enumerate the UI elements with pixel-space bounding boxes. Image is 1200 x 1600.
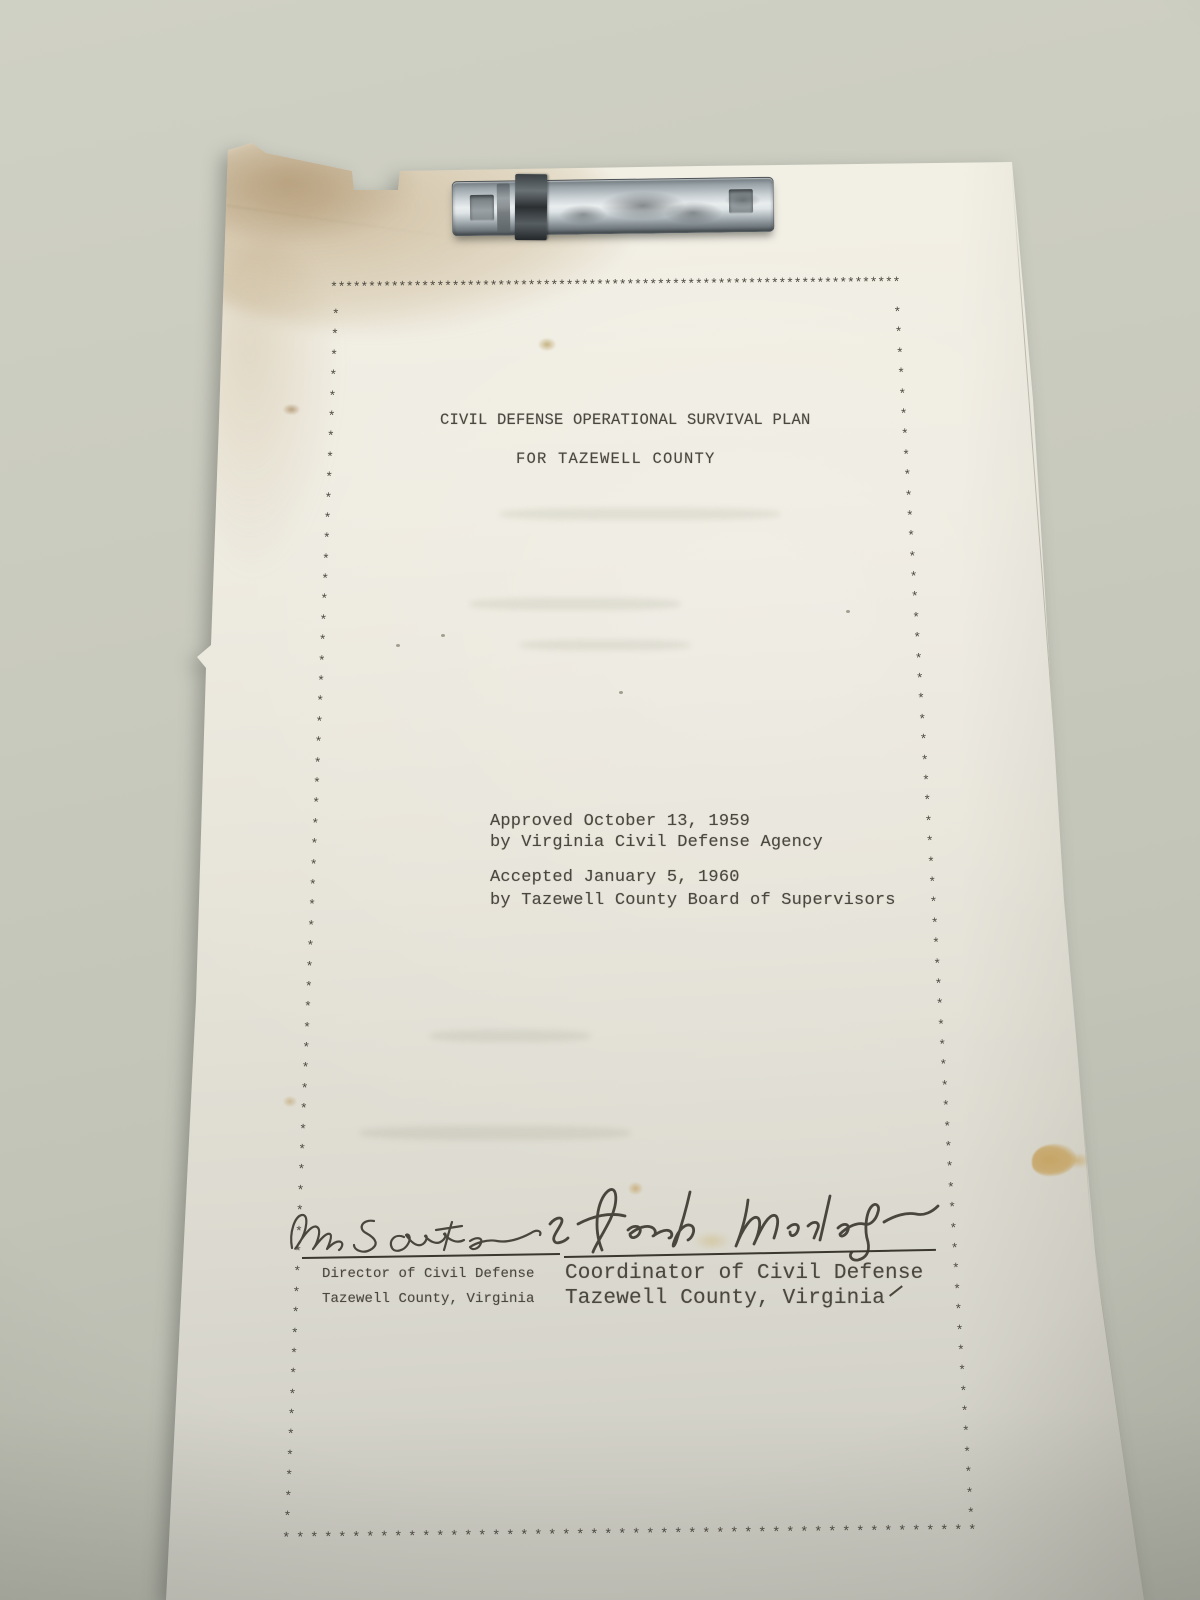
role-right-line2: Tazewell County, Virginia: [565, 1287, 885, 1310]
document-page: ****************************************…: [0, 0, 1200, 1600]
photo-background: ****************************************…: [0, 0, 1200, 1600]
clip-hole-left: [470, 195, 494, 221]
paper-crease: [1094, 1252, 1145, 1600]
bleedthrough-mark: [360, 1126, 630, 1140]
stain: [283, 404, 300, 415]
stain: [190, 240, 340, 580]
acceptance-line1: Accepted January 5, 1960: [490, 868, 740, 887]
clip-band-small: [497, 183, 511, 232]
speck: [846, 610, 850, 613]
clipboard-clip: [452, 177, 775, 236]
paper-crease: [226, 205, 479, 241]
paper-shadow-wrap: ****************************************…: [0, 0, 1200, 1600]
lighting-overlay: [0, 0, 1200, 1600]
asterisk-border-bottom: ****************************************…: [282, 1523, 982, 1547]
stain: [1032, 1144, 1076, 1176]
asterisk-border-left: ****************************************…: [280, 305, 343, 1528]
pen-tick-mark: [889, 1285, 903, 1297]
role-left-line2: Tazewell County, Virginia: [322, 1291, 535, 1307]
bleedthrough-mark: [470, 598, 680, 610]
document-title-line1: CIVIL DEFENSE OPERATIONAL SURVIVAL PLAN: [440, 411, 811, 429]
clip-hole-right: [729, 189, 753, 213]
approval-line1: Approved October 13, 1959: [490, 812, 750, 831]
acceptance-line2: by Tazewell County Board of Supervisors: [490, 891, 896, 910]
asterisk-border-right: ****************************************…: [890, 303, 979, 1525]
asterisk-border-top: ****************************************…: [330, 275, 900, 295]
stain: [1063, 1153, 1091, 1168]
clip-clamp-band: [515, 174, 547, 240]
approval-line2: by Virginia Civil Defense Agency: [490, 833, 823, 852]
role-left-line1: Director of Civil Defense: [322, 1266, 535, 1282]
paper-crease: [1011, 167, 1094, 1254]
speck: [441, 634, 445, 637]
stain: [538, 338, 556, 351]
document-title-line2: FOR TAZEWELL COUNTY: [516, 450, 716, 468]
speck: [396, 644, 400, 647]
bleedthrough-mark: [520, 640, 690, 650]
bleedthrough-mark: [430, 1030, 590, 1042]
stain: [283, 1096, 297, 1107]
stain: [185, 132, 415, 242]
role-right-line1: Coordinator of Civil Defense: [565, 1262, 923, 1285]
speck: [619, 691, 623, 694]
bleedthrough-mark: [500, 508, 780, 520]
